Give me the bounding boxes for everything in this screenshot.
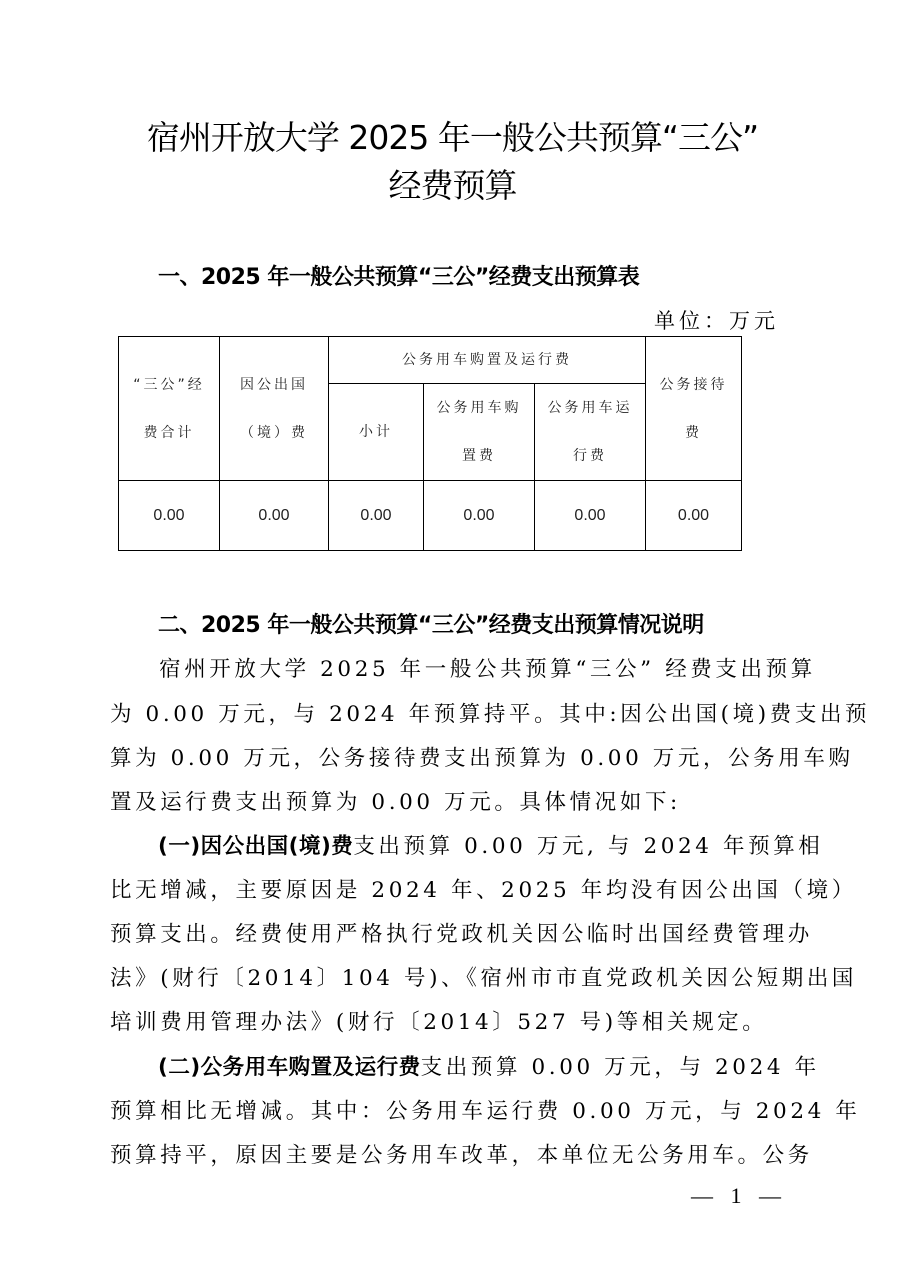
header-vehicle-subtotal: 小计 (329, 384, 424, 481)
header-reception-l2: 费 (646, 409, 741, 457)
cell-vehicle-operation: 0.00 (535, 481, 646, 551)
header-reception: 公务接待 费 (646, 337, 742, 481)
item1-first-line-rest: 支出预算 0.00 万元, 与 2024 年预算相 (353, 834, 823, 859)
para-line: 宿州开放大学 2025 年一般公共预算“三公” 经费支出预算 (134, 652, 816, 683)
para-line: 法》(财行〔2014〕104 号)、《宿州市市直党政机关因公短期出国 (110, 961, 857, 992)
header-total-l1: “三公”经 (119, 361, 219, 409)
section1-heading: 一、2025 年一般公共预算“三公”经费支出预算表 (158, 260, 639, 291)
header-overseas: 因公出国 （境）费 (220, 337, 329, 481)
page-number: — 1 — (691, 1183, 787, 1209)
document-title-line1: 宿州开放大学 2025 年一般公共预算“三公” (0, 112, 905, 159)
cell-vehicle-purchase: 0.00 (424, 481, 535, 551)
item2-label: (二)公务用车购置及运行费 (158, 1055, 421, 1080)
item1-first-line: (一)因公出国(境)费支出预算 0.00 万元, 与 2024 年预算相 (158, 829, 823, 860)
cell-reception: 0.00 (646, 481, 742, 551)
item1-label: (一)因公出国(境)费 (158, 834, 353, 859)
para-line: 培训费用管理办法》(财行〔2014〕527 号)等相关规定。 (110, 1005, 767, 1036)
header-overseas-l2: （境）费 (220, 409, 328, 457)
three-public-budget-table: “三公”经 费合计 因公出国 （境）费 公务用车购置及运行费 公务接待 费 小计… (118, 336, 742, 551)
header-vehicle-operation-l2: 行费 (535, 432, 645, 480)
para-line: 为 0.00 万元，与 2024 年预算持平。其中:因公出国(境)费支出预 (110, 697, 870, 728)
header-vehicle-operation: 公务用车运 行费 (535, 384, 646, 481)
para-line: 置及运行费支出预算为 0.00 万元。具体情况如下: (110, 785, 681, 816)
para-line: 算为 0.00 万元，公务接待费支出预算为 0.00 万元，公务用车购 (110, 741, 854, 772)
para-line: 比无增减，主要原因是 2024 年、2025 年均没有因公出国（境） (110, 873, 857, 904)
para-line: 预算相比无增减。其中：公务用车运行费 0.00 万元，与 2024 年 (110, 1094, 860, 1125)
header-total-l2: 费合计 (119, 409, 219, 457)
header-overseas-l1: 因公出国 (220, 361, 328, 409)
para-line: 预算持平，原因主要是公务用车改革，本单位无公务用车。公务 (110, 1138, 813, 1169)
unit-label: 单位：万元 (654, 305, 779, 335)
header-vehicle-purchase-l2: 置费 (424, 432, 534, 480)
para-line: 预算支出。经费使用严格执行党政机关因公临时出国经费管理办 (110, 917, 813, 948)
cell-overseas: 0.00 (220, 481, 329, 551)
item2-first-line: (二)公务用车购置及运行费支出预算 0.00 万元，与 2024 年 (158, 1050, 820, 1081)
header-total: “三公”经 费合计 (119, 337, 220, 481)
header-vehicle-purchase: 公务用车购 置费 (424, 384, 535, 481)
section2-heading: 二、2025 年一般公共预算“三公”经费支出预算情况说明 (158, 608, 704, 639)
cell-total: 0.00 (119, 481, 220, 551)
item2-first-line-rest: 支出预算 0.00 万元，与 2024 年 (421, 1055, 820, 1080)
cell-vehicle-subtotal: 0.00 (329, 481, 424, 551)
header-vehicle-purchase-l1: 公务用车购 (424, 384, 534, 432)
header-vehicle-group: 公务用车购置及运行费 (329, 337, 646, 384)
document-title-line2: 经费预算 (0, 160, 905, 207)
header-reception-l1: 公务接待 (646, 361, 741, 409)
header-vehicle-operation-l1: 公务用车运 (535, 384, 645, 432)
